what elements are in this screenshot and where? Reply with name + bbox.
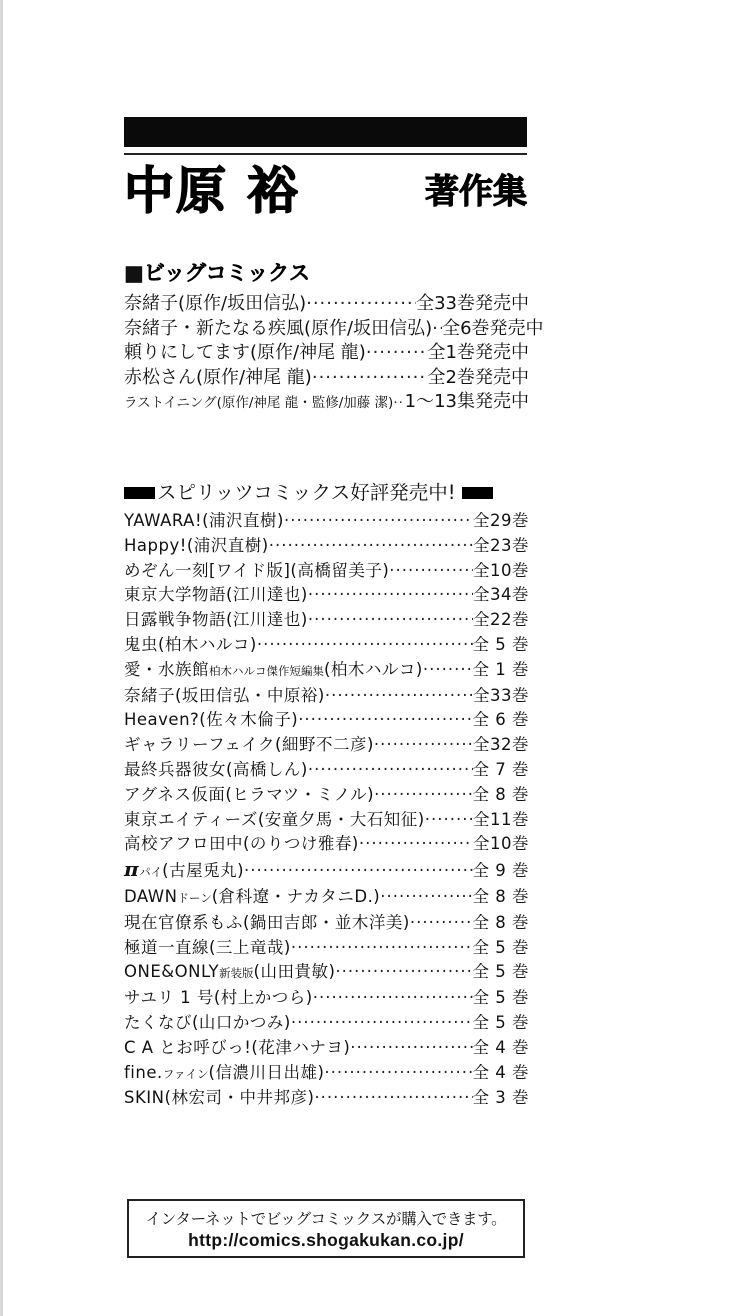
- leader-dots: ········································…: [291, 1011, 473, 1036]
- leader-dots: ········································…: [244, 859, 472, 884]
- spirits-comics-item: C A とお呼びっ!(花津ハナヨ)·······················…: [124, 1036, 529, 1061]
- spirits-comics-item: DAWNドーン(倉科遼・ナカタニD.)·····················…: [124, 885, 529, 911]
- leader-dots: ········································…: [366, 341, 428, 366]
- leader-dots: ········································…: [291, 936, 473, 961]
- item-volume-count: 全 5 巻: [473, 986, 530, 1011]
- item-title: 高校アフロ田中(のりつけ雅春): [124, 832, 359, 857]
- page-edge-shadow: [0, 0, 3, 1316]
- spirits-comics-section: スピリッツコミックス好評発売中! YAWARA!(浦沢直樹)··········…: [124, 480, 529, 1111]
- item-volume-count: 全 5 巻: [473, 633, 530, 658]
- item-volume-count: 全34巻: [473, 583, 529, 608]
- spirits-comics-item: ONE&ONLY新装版(山田貴敏)·······················…: [124, 960, 529, 986]
- leader-dots: ········································…: [313, 986, 473, 1011]
- item-author: (信濃川日出雄): [209, 1061, 325, 1086]
- leader-dots: ········································…: [257, 633, 473, 658]
- leader-dots: ········································…: [423, 658, 473, 683]
- leader-dots: ········································…: [312, 366, 428, 391]
- spirits-comics-item: πパイ(古屋兎丸)·······························…: [124, 857, 529, 885]
- collection-label: 著作集: [425, 172, 527, 212]
- item-title: ラストイニング(原作/神尾 龍・監修/加藤 潔): [124, 391, 393, 416]
- spirits-comics-item: アグネス仮面(ヒラマツ・ミノル)························…: [124, 783, 529, 808]
- spirits-comics-item: Happy!(浦沢直樹)····························…: [124, 534, 529, 559]
- item-title: 鬼虫(柏木ハルコ): [124, 633, 257, 658]
- spirits-comics-item: 高校アフロ田中(のりつけ雅春)·························…: [124, 832, 529, 857]
- spirits-comics-item: YAWARA!(浦沢直樹)···························…: [124, 509, 529, 534]
- item-volume-count: 全 8 巻: [473, 911, 530, 936]
- item-status: 1〜13集発売中: [405, 390, 529, 415]
- item-title: 赤松さん(原作/神尾 龍): [124, 366, 312, 391]
- item-volume-count: 全10巻: [473, 832, 529, 857]
- big-comics-item: ラストイニング(原作/神尾 龍・監修/加藤 潔)················…: [124, 390, 529, 416]
- item-subtitle: ファイン: [163, 1062, 209, 1087]
- item-volume-count: 全32巻: [473, 733, 529, 758]
- leader-dots: ········································…: [308, 583, 473, 608]
- item-title: Happy!(浦沢直樹): [124, 534, 269, 559]
- item-title: 極道一直線(三上竜哉): [124, 936, 291, 961]
- leader-dots: ········································…: [284, 509, 473, 534]
- leader-dots: ········································…: [432, 317, 442, 342]
- big-comics-item: 赤松さん(原作/神尾 龍)···························…: [124, 366, 529, 391]
- heading-black-block-left: [124, 487, 155, 499]
- item-author: (古屋兎丸): [162, 859, 244, 884]
- leader-dots: ········································…: [359, 832, 473, 857]
- item-title: 東京エイティーズ(安童夕馬・大石知征): [124, 808, 425, 833]
- item-status: 全6巻発売中: [442, 317, 543, 342]
- spirits-heading-text: スピリッツコミックス好評発売中!: [157, 480, 456, 506]
- item-author: (柏木ハルコ): [324, 658, 423, 683]
- heading-black-block-right: [462, 487, 493, 499]
- item-title: 頼りにしてます(原作/神尾 龍): [124, 341, 366, 366]
- item-status: 全33巻発売中: [416, 292, 529, 317]
- leader-dots: ········································…: [314, 1086, 472, 1111]
- item-volume-count: 全 5 巻: [473, 936, 530, 961]
- item-volume-count: 全10巻: [473, 559, 529, 584]
- header-rule: [124, 153, 527, 155]
- item-volume-count: 全33巻: [473, 684, 529, 709]
- item-title: C A とお呼びっ!(花津ハナヨ): [124, 1036, 350, 1061]
- item-title: DAWN: [124, 885, 177, 910]
- item-volume-count: 全 4 巻: [473, 1061, 530, 1086]
- item-volume-count: 全 3 巻: [473, 1086, 530, 1111]
- leader-dots: ········································…: [380, 885, 472, 910]
- leader-dots: ········································…: [298, 708, 472, 733]
- leader-dots: ········································…: [374, 783, 472, 808]
- spirits-comics-item: Heaven?(佐々木倫子)··························…: [124, 708, 529, 733]
- item-volume-count: 全 4 巻: [473, 1036, 530, 1061]
- item-status: 全1巻発売中: [428, 341, 529, 366]
- item-volume-count: 全 8 巻: [473, 783, 530, 808]
- spirits-comics-item: 現在官僚系もふ(鍋田吉郎・並木洋美)······················…: [124, 911, 529, 936]
- leader-dots: ········································…: [325, 684, 473, 709]
- item-title: YAWARA!(浦沢直樹): [124, 509, 284, 534]
- item-title: 奈緒子・新たなる疾風(原作/坂田信弘): [124, 317, 432, 342]
- leader-dots: ········································…: [324, 1061, 472, 1086]
- spirits-comics-item: 最終兵器彼女(高橋しん)····························…: [124, 758, 529, 783]
- item-title: めぞん一刻[ワイド版](高橋留美子): [124, 559, 389, 584]
- item-subtitle: パイ: [139, 860, 162, 885]
- item-volume-count: 全22巻: [473, 608, 529, 633]
- leader-dots: ········································…: [374, 733, 473, 758]
- item-volume-count: 全 7 巻: [473, 758, 530, 783]
- item-status: 全2巻発売中: [428, 366, 529, 391]
- item-title: 愛・水族館: [124, 658, 209, 683]
- item-title: Heaven?(佐々木倫子): [124, 708, 298, 733]
- leader-dots: ········································…: [308, 608, 473, 633]
- item-title: ONE&ONLY: [124, 960, 219, 985]
- spirits-comics-item: 東京エイティーズ(安童夕馬・大石知征)·····················…: [124, 808, 529, 833]
- item-title: 日露戦争物語(江川達也): [124, 608, 308, 633]
- item-title: fine.: [124, 1061, 163, 1086]
- internet-notice: インターネットでビッグコミックスが購入できます。: [129, 1209, 523, 1229]
- big-comics-list: 奈緒子(原作/坂田信弘)····························…: [124, 292, 529, 416]
- item-title: 東京大学物語(江川達也): [124, 583, 308, 608]
- leader-dots: ········································…: [269, 534, 473, 559]
- item-volume-count: 全 6 巻: [473, 708, 530, 733]
- item-title: 奈緒子(原作/坂田信弘): [124, 292, 306, 317]
- spirits-comics-item: めぞん一刻[ワイド版](高橋留美子)······················…: [124, 559, 529, 584]
- item-title: サユリ 1 号(村上かつら): [124, 986, 313, 1011]
- item-title: π: [124, 857, 139, 882]
- item-title: 最終兵器彼女(高橋しん): [124, 758, 308, 783]
- spirits-comics-item: ギャラリーフェイク(細野不二彦)························…: [124, 733, 529, 758]
- big-comics-item: 奈緒子・新たなる疾風(原作/坂田信弘)·····················…: [124, 317, 529, 342]
- header-black-bar: [124, 117, 527, 147]
- item-volume-count: 全 1 巻: [473, 658, 530, 683]
- spirits-comics-item: たくなび(山口かつみ)·····························…: [124, 1011, 529, 1036]
- spirits-comics-heading: スピリッツコミックス好評発売中!: [124, 480, 529, 506]
- item-title: アグネス仮面(ヒラマツ・ミノル): [124, 783, 374, 808]
- leader-dots: ········································…: [389, 559, 473, 584]
- item-volume-count: 全 5 巻: [473, 1011, 530, 1036]
- internet-purchase-box: インターネットでビッグコミックスが購入できます。 http://comics.s…: [127, 1199, 525, 1258]
- item-title: ギャラリーフェイク(細野不二彦): [124, 733, 374, 758]
- shop-url-link[interactable]: http://comics.shogakukan.co.jp/: [129, 1229, 523, 1251]
- item-author: (山田貴敏): [254, 960, 336, 985]
- item-title: 奈緒子(坂田信弘・中原裕): [124, 684, 325, 709]
- item-volume-count: 全29巻: [473, 509, 529, 534]
- spirits-comics-item: 奈緒子(坂田信弘・中原裕)···························…: [124, 684, 529, 709]
- leader-dots: ········································…: [335, 960, 472, 985]
- author-name: 中原 裕: [124, 162, 299, 220]
- spirits-comics-list: YAWARA!(浦沢直樹)···························…: [124, 509, 529, 1111]
- item-title: SKIN(林宏司・中井邦彦): [124, 1086, 314, 1111]
- leader-dots: ········································…: [410, 911, 473, 936]
- spirits-comics-item: 愛・水族館 柏木ハルコ傑作短編集(柏木ハルコ)·················…: [124, 658, 529, 684]
- item-volume-count: 全 9 巻: [473, 859, 530, 884]
- item-subtitle: ドーン: [177, 886, 211, 911]
- item-volume-count: 全23巻: [473, 534, 529, 559]
- big-comics-item: 奈緒子(原作/坂田信弘)····························…: [124, 292, 529, 317]
- spirits-comics-item: SKIN(林宏司・中井邦彦)··························…: [124, 1086, 529, 1111]
- spirits-comics-item: 東京大学物語(江川達也)····························…: [124, 583, 529, 608]
- leader-dots: ········································…: [425, 808, 473, 833]
- spirits-comics-item: fine.ファイン(信濃川日出雄)·······················…: [124, 1061, 529, 1087]
- item-subtitle: 新装版: [219, 961, 254, 986]
- spirits-comics-item: 極道一直線(三上竜哉)·····························…: [124, 936, 529, 961]
- leader-dots: ········································…: [308, 758, 473, 783]
- item-subtitle: 柏木ハルコ傑作短編集: [209, 659, 324, 684]
- big-comics-section: ■ビッグコミックス 奈緒子(原作/坂田信弘)··················…: [124, 258, 529, 416]
- big-comics-heading: ■ビッグコミックス: [124, 258, 529, 288]
- leader-dots: ········································…: [393, 391, 404, 416]
- item-author: (倉科遼・ナカタニD.): [212, 885, 381, 910]
- big-comics-item: 頼りにしてます(原作/神尾 龍)························…: [124, 341, 529, 366]
- spirits-comics-item: 鬼虫(柏木ハルコ)·······························…: [124, 633, 529, 658]
- item-title: たくなび(山口かつみ): [124, 1011, 291, 1036]
- item-volume-count: 全 8 巻: [473, 885, 530, 910]
- leader-dots: ········································…: [350, 1036, 472, 1061]
- item-volume-count: 全 5 巻: [473, 960, 530, 985]
- spirits-comics-item: サユリ 1 号(村上かつら)··························…: [124, 986, 529, 1011]
- spirits-comics-item: 日露戦争物語(江川達也)····························…: [124, 608, 529, 633]
- leader-dots: ········································…: [306, 292, 416, 317]
- item-title: 現在官僚系もふ(鍋田吉郎・並木洋美): [124, 911, 410, 936]
- item-volume-count: 全11巻: [473, 808, 529, 833]
